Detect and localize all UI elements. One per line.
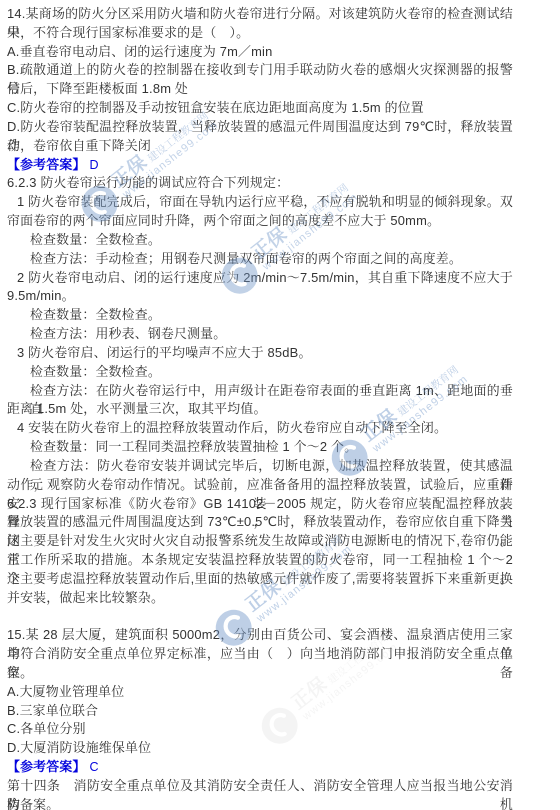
answer-label: 【参考答案】 [7,759,86,774]
text-line: 检查数量：全数检查。 [7,231,513,250]
text-line: 9.5m/min。 [7,287,513,306]
text-line: 这主要考虑温控释放装置动作后,里面的热敏感元件就作废了,需要将装置拆下来重新更换 [7,570,513,589]
document-page: 14.某商场的防火分区采用防火墙和防火卷帘进行分隔。对该建筑防火卷帘的检查测试结… [0,0,560,810]
text-line: 帘面卷帘的两个帘面应同时升降，两个帘面之间的高度差不应大于 50mm。 [7,212,513,231]
text-line: 检查数量：同一工程同类温控释放装置抽检 1 个～2 个。 [7,438,513,457]
text-line: B.三家单位联合 [7,702,513,721]
text-line: A.垂直卷帘电动启、闭的运行速度为 7m／min [7,43,513,62]
text-line: C.各单位分别 [7,720,513,739]
text-line: 2 防火卷帘电动启、闭的运行速度应为 2m/min～7.5m/min，其自重下降… [7,269,513,288]
text-line: B.疏散通道上的防火卷的控制器在接收到专门用手联动防火卷的感烟火灾探测器的报警信 [7,61,513,80]
text-line: 6.2.3 防火卷帘运行功能的调试应符合下列规定： [7,174,513,193]
text-line: A.大厦物业管理单位 [7,683,513,702]
text-line: 动作，观察防火卷帘动作情况。试验前，应准备备用的温控释放装置，试验后，应重新安装… [7,476,513,495]
text-line: 作，卷帘依自重下降关闭 [7,137,513,156]
text-line: 3 防火卷帘启、闭运行的平均噪声不应大于 85dB。 [7,344,513,363]
answer-value: D [86,158,99,172]
text-line: 14.某商场的防火分区采用防火墙和防火卷帘进行分隔。对该建筑防火卷帘的检查测试结… [7,5,513,24]
text-line: D.大厦消防设施维保单位 [7,739,513,758]
text-line: 号后，下降至距楼板面 1.8m 处 [7,80,513,99]
text-line: C.防火卷帘的控制器及手动按钮盒安装在底边距地面高度为 1.5m 的位置 [7,99,513,118]
text-line: 检查数量：全数检查。 [7,363,513,382]
text-line: 15.某 28 层大厦，建筑面积 5000m2，分别由百货公司、宴会酒楼、温泉酒… [7,626,513,645]
text-line: 这主要是针对发生火灾时火灾自动报警系统发生故障或消防电源断电的情况下,卷帘仍能正 [7,532,513,551]
text-line: 检查方法：防火卷帘安装并调试完毕后，切断电源，加热温控释放装置，使其感温元件 [7,457,513,476]
text-line: 检查方法：在防火卷帘运行中，用声级计在距卷帘表面的垂直距离 1m、距地面的垂直 [7,382,513,401]
answer-line: 【参考答案】D [7,156,513,175]
blank-line [7,608,513,627]
answer-label: 【参考答案】 [7,157,86,172]
text-line: 检查方法：手动检查；用钢卷尺测量双帘面卷帘的两个帘面之间的高度差。 [7,250,513,269]
text-line: 均符合消防安全重点单位界定标准，应当由（ ）向当地消防部门申报消防安全重点单位备 [7,645,513,664]
text-line: D.防火卷帘装配温控释放装置，当释放装置的感温元件周围温度达到 79℃时，释放装… [7,118,513,137]
text-line: 第十四条 消防安全重点单位及其消防安全责任人、消防安全管理人应当报当地公安消防机 [7,777,513,796]
text-line: 并安装，做起来比较繁杂。 [7,589,513,608]
answer-value: C [86,760,99,774]
text-line: 1 防火卷帘装配完成后，帘面在导轨内运行应平稳，不应有脱轨和明显的倾斜现象。双 [7,193,513,212]
text-line: 检查数量：全数检查。 [7,306,513,325]
text-line: 6.2.3 现行国家标准《防火卷帘》GB 14102－2005 规定，防火卷帘应… [7,495,513,514]
text-line: 中，不符合现行国家标准要求的是（ ）。 [7,24,513,43]
text-line: 检查方法：用秒表、钢卷尺测量。 [7,325,513,344]
text-line: 距离 1.5m 处，水平测量三次，取其平均值。 [7,400,513,419]
text-line: 常工作所采取的措施。本条规定安装温控释放装置的防火卷帘，同一工程抽检 1 个～2… [7,551,513,570]
text-line: 释放装置的感温元件周围温度达到 73℃±0.5℃时，释放装置动作，卷帘应依自重下… [7,513,513,532]
text-line: 4 安装在防火卷帘上的温控释放装置动作后，防火卷帘应自动下降至全闭。 [7,419,513,438]
answer-line: 【参考答案】C [7,758,513,777]
